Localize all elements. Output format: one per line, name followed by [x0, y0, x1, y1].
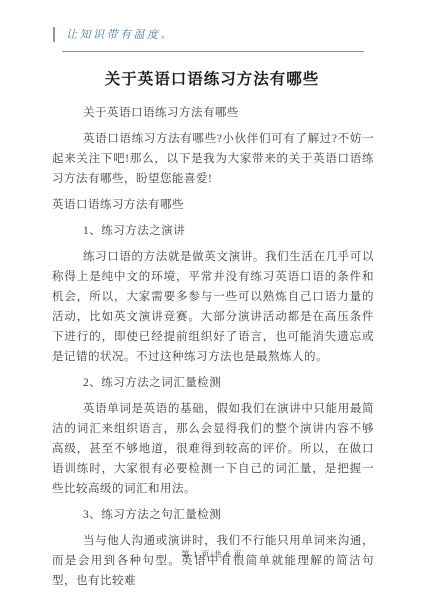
subtitle-line: 关于英语口语练习方法有哪些 [52, 103, 374, 123]
section-3-heading: 3、练习方法之句汇量检测 [52, 505, 374, 525]
section-1-heading: 1、练习方法之演讲 [52, 221, 374, 241]
document-title: 关于英语口语练习方法有哪些 [30, 67, 394, 89]
list-heading: 英语口语练习方法有哪些 [52, 195, 374, 215]
page-header: 让知识带有温度。 [0, 0, 424, 52]
header-accent-bar [53, 27, 55, 42]
section-2-paragraph: 英语单词是英语的基础，假如我们在演讲中只能用最简洁的词汇来组织语言，那么会显得我… [52, 399, 374, 499]
header-divider [62, 51, 364, 52]
intro-paragraph: 英语口语练习方法有哪些?小伙伴们可有了解过?不妨一起来关注下吧!那么，以下是我为… [52, 129, 374, 189]
document-body: 关于英语口语练习方法有哪些 英语口语练习方法有哪些?小伙伴们可有了解过?不妨一起… [52, 103, 374, 591]
header-brand-row: 让知识带有温度。 [53, 26, 364, 42]
page-number: 第 1 页/共 6 页 [181, 550, 242, 559]
section-1-paragraph: 练习口语的方法就是做英文演讲。我们生活在几乎可以称得上是纯中文的环境，平常并没有… [52, 247, 374, 367]
page-footer: 第 1 页/共 6 页 [0, 549, 424, 560]
section-3-paragraph: 当与他人沟通或演讲时，我们不行能只用单词来沟通，而是会用到各种句型。英语中有很简… [52, 531, 374, 591]
section-2-heading: 2、练习方法之词汇量检测 [52, 373, 374, 393]
header-slogan: 让知识带有温度。 [66, 26, 174, 42]
document-page: 让知识带有温度。 关于英语口语练习方法有哪些 关于英语口语练习方法有哪些 英语口… [0, 0, 424, 600]
